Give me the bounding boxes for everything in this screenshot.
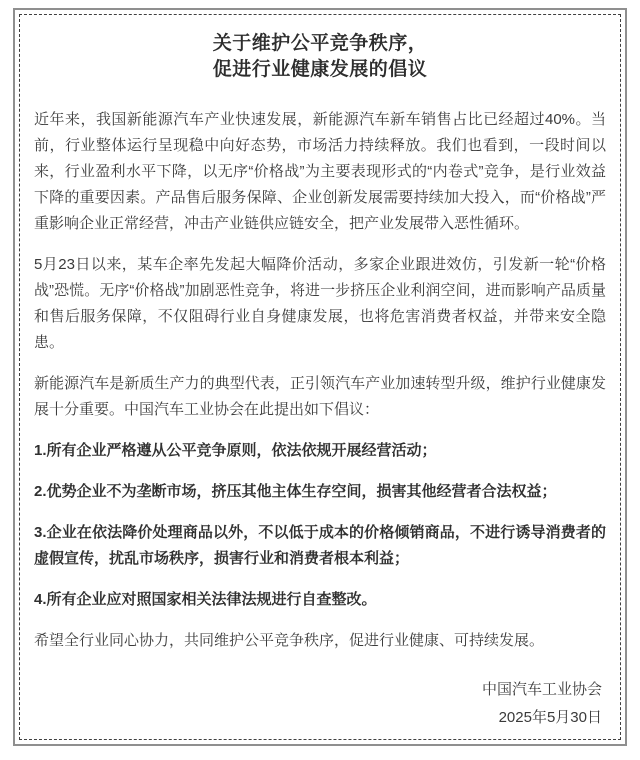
document-body: 近年来，我国新能源汽车产业快速发展，新能源汽车新车销售占比已经超过40%。当前，… <box>34 107 606 654</box>
document-title-line2: 促进行业健康发展的倡议 <box>213 59 428 80</box>
proposal-item-4: 4.所有企业应对照国家相关法律法规进行自查整改。 <box>34 587 606 613</box>
proposal-item-1: 1.所有企业严格遵从公平竞争原则，依法依规开展经营活动； <box>34 438 606 464</box>
document-dashed-frame: 关于维护公平竞争秩序， 促进行业健康发展的倡议 近年来，我国新能源汽车产业快速发… <box>19 14 621 740</box>
proposal-item-2: 2.优势企业不为垄断市场，挤压其他主体生存空间，损害其他经营者合法权益； <box>34 479 606 505</box>
signature-block: 中国汽车工业协会 2025年5月30日 <box>34 676 606 732</box>
document-title: 关于维护公平竞争秩序， 促进行业健康发展的倡议 <box>34 31 606 83</box>
paragraph-1: 近年来，我国新能源汽车产业快速发展，新能源汽车新车销售占比已经超过40%。当前，… <box>34 107 606 237</box>
signature-organization: 中国汽车工业协会 <box>34 676 602 704</box>
signature-date: 2025年5月30日 <box>34 704 602 732</box>
paragraph-3: 新能源汽车是新质生产力的典型代表，正引领汽车产业加速转型升级，维护行业健康发展十… <box>34 371 606 423</box>
document-page: 关于维护公平竞争秩序， 促进行业健康发展的倡议 近年来，我国新能源汽车产业快速发… <box>13 8 627 746</box>
proposal-item-3: 3.企业在依法降价处理商品以外，不以低于成本的价格倾销商品，不进行诱导消费者的虚… <box>34 520 606 572</box>
closing-paragraph: 希望全行业同心协力，共同维护公平竞争秩序，促进行业健康、可持续发展。 <box>34 628 606 654</box>
paragraph-2: 5月23日以来，某车企率先发起大幅降价活动，多家企业跟进效仿，引发新一轮“价格战… <box>34 252 606 356</box>
document-title-line1: 关于维护公平竞争秩序， <box>213 33 428 54</box>
